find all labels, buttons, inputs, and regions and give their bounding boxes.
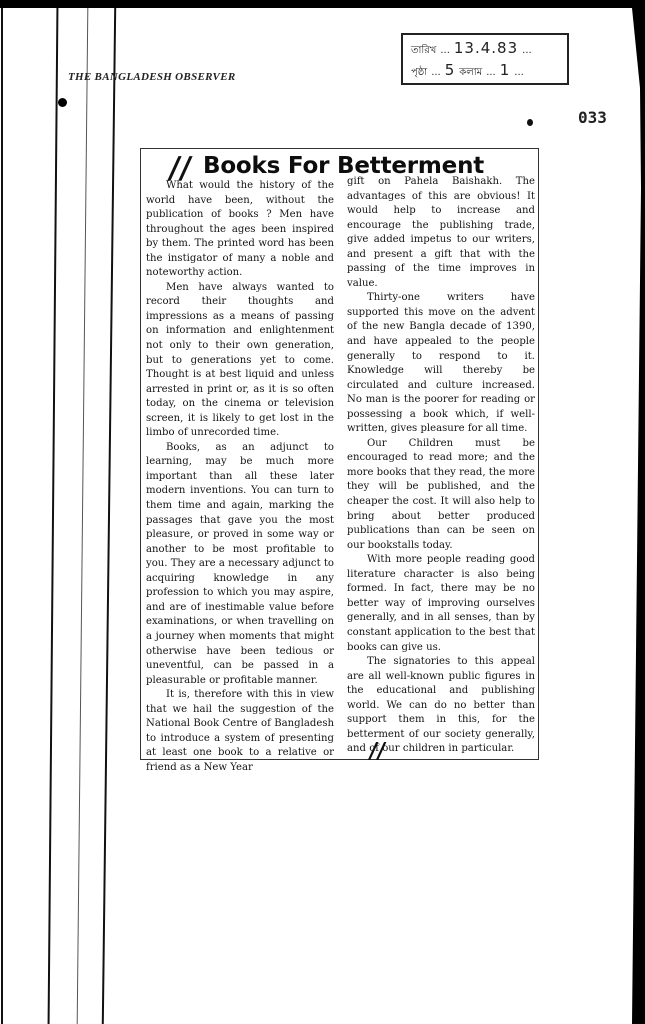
article-paragraph: Our Children must be encouraged to read … (347, 437, 535, 553)
article-paragraph: Thirty-one writers have supported this m… (347, 291, 535, 436)
stamp-date-row: তারিখ ... 13.4.83 ... (411, 39, 559, 61)
stamp-leader: ... (440, 45, 450, 56)
stamp-page-row: পৃষ্ঠা ... 5 কলাম ... 1 ... (411, 61, 559, 83)
archive-stamp: তারিখ ... 13.4.83 ... পৃষ্ঠা ... 5 কলাম … (401, 33, 569, 85)
article-column-left: What would the history of the world have… (146, 179, 334, 775)
binding-line (102, 8, 116, 1024)
ink-dot (527, 119, 533, 126)
stamp-column-value: 1 (500, 61, 511, 79)
archive-page-number: 033 (578, 108, 607, 127)
newspaper-masthead: THE BANGLADESH OBSERVER (68, 71, 235, 83)
scanned-page: THE BANGLADESH OBSERVER তারিখ ... 13.4.8… (0, 8, 645, 1024)
article-paragraph: What would the history of the world have… (146, 179, 334, 281)
stamp-page-label: পৃষ্ঠা (411, 65, 427, 82)
article-paragraph: Men have always wanted to record their t… (146, 281, 334, 441)
binding-line (1, 8, 3, 1024)
stamp-column-label: কলাম (459, 65, 482, 82)
article-paragraph: With more people reading good literature… (347, 553, 535, 655)
stamp-leader: ... (522, 45, 532, 56)
binding-line (77, 8, 89, 1024)
article-paragraph: It is, therefore with this in view that … (146, 688, 334, 775)
article-paragraph: Books, as an adjunct to learning, may be… (146, 441, 334, 688)
stamp-date-label: তারিখ (411, 43, 436, 60)
stamp-leader: ... (514, 67, 524, 78)
binding-line (48, 8, 59, 1024)
editor-end-mark-icon: // (367, 739, 387, 764)
stamp-page-value: 5 (445, 61, 456, 79)
punch-hole-mark (58, 98, 67, 107)
stamp-leader: ... (431, 67, 441, 78)
article-paragraph-continued: gift on Pahela Baishakh. The advantages … (347, 175, 535, 291)
stamp-leader: ... (486, 67, 496, 78)
article-column-right: gift on Pahela Baishakh. The advantages … (347, 175, 535, 757)
stamp-date-value: 13.4.83 (454, 39, 518, 57)
newspaper-clipping: // Books For Betterment What would the h… (140, 148, 539, 760)
